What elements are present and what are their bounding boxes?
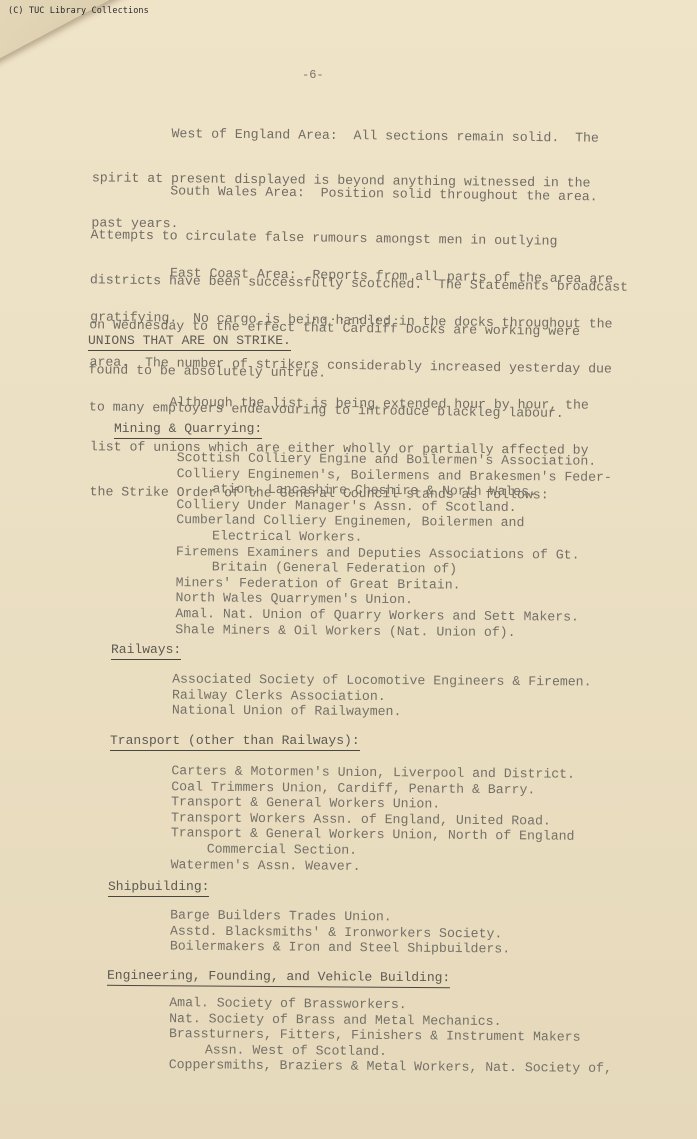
union-item: Boilermakers & Iron and Steel Shipbuilde… [170, 939, 510, 958]
category-heading-transport: Transport (other than Railways): [110, 733, 360, 751]
page-number: -6- [302, 68, 324, 82]
union-list-engineering: Amal. Society of Brassworkers. Nat. Soci… [169, 995, 613, 1077]
union-item: Coppersmiths, Braziers & Metal Workers, … [169, 1057, 612, 1076]
union-item: Watermen's Assn. Weaver. [171, 857, 575, 876]
intro-line: Although the list is being extended hour… [90, 394, 589, 412]
union-list-transport: Carters & Motormen's Union, Liverpool an… [171, 763, 576, 876]
report-line: West of England Area: All sections remai… [92, 125, 599, 145]
category-heading-shipbuilding: Shipbuilding: [108, 879, 209, 897]
section-separator: .......... [312, 313, 402, 324]
union-list-mining: Scottish Colliery Engine and Boilermen's… [175, 450, 612, 641]
category-heading-mining: Mining & Quarrying: [114, 421, 262, 439]
union-item: National Union of Railwaymen. [172, 703, 592, 722]
report-line: South Wales Area: Position solid through… [91, 182, 629, 205]
unions-section-heading: UNIONS THAT ARE ON STRIKE. [88, 333, 291, 351]
report-line: East Coast Area: Reports from all parts … [91, 264, 613, 286]
category-heading-engineering: Engineering, Founding, and Vehicle Build… [107, 968, 450, 988]
copyright-watermark: (C) TUC Library Collections [8, 6, 149, 16]
union-list-railways: Associated Society of Locomotive Enginee… [172, 672, 592, 722]
category-heading-railways: Railways: [111, 642, 181, 660]
union-list-shipbuilding: Barge Builders Trades Union. Asstd. Blac… [170, 908, 511, 958]
